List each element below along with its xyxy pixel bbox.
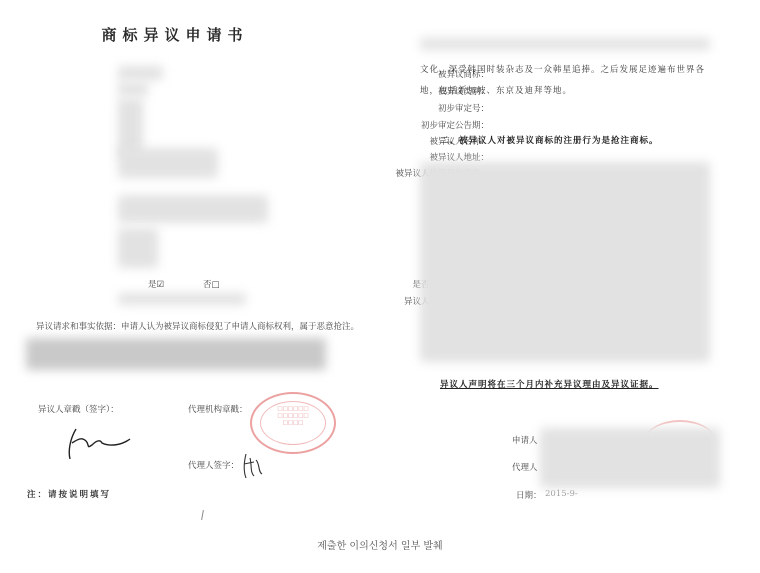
paragraph-line: 地，包括新加坡、东京及迪拜等地。 xyxy=(420,84,572,96)
supplement-no-checkbox: 否□ xyxy=(203,278,220,290)
redacted-paragraph xyxy=(420,162,710,362)
section-heading: 二、被异议人对被异议商标的注册行为是抢注商标。 xyxy=(440,134,659,146)
agent-signature xyxy=(240,452,270,482)
declaration-statement: 异议人声明将在三个月内补充异议理由及异议证据。 xyxy=(440,378,659,390)
redacted-value xyxy=(118,82,148,96)
redacted-line xyxy=(420,38,710,50)
date-value: 2015-9- xyxy=(545,489,578,499)
supplement-yes-checkbox: 是☑ xyxy=(148,278,164,290)
redacted-value xyxy=(118,66,163,80)
mark xyxy=(201,510,204,520)
agency-seal-label: 代理机构章戳： xyxy=(188,403,248,415)
redacted-signature-area xyxy=(540,428,720,488)
applicant-label: 申请人 xyxy=(512,434,538,446)
opponent-signature xyxy=(62,425,142,465)
redacted-value xyxy=(118,228,158,268)
redacted-value xyxy=(118,293,246,305)
paragraph-line: 文化，深受韩国时装杂志及一众韩星追捧。之后发展足迹遍布世界各 xyxy=(420,63,705,75)
redacted-value xyxy=(118,148,218,178)
agent-label: 代理人 xyxy=(512,461,538,473)
redacted-basis xyxy=(26,338,326,370)
opponent-seal-label: 异议人章戳（签字）： xyxy=(38,403,119,415)
date-label: 日期： xyxy=(516,489,542,501)
fill-instruction-note: 注：请按说明填写 xyxy=(27,488,111,500)
image-caption: 제출한 이의신청서 일부 발췌 xyxy=(0,537,760,552)
document-title: 商标异议申请书 xyxy=(0,24,350,45)
agency-stamp: □□□□□□□□□□□□□□□□ xyxy=(250,392,336,454)
redacted-value xyxy=(118,195,268,223)
opposition-basis-text: 异议请求和事实依据：申请人认为被异议商标侵犯了申请人商标权利，属于恶意抢注。 xyxy=(36,320,359,332)
agent-sign-label: 代理人签字： xyxy=(188,459,239,471)
